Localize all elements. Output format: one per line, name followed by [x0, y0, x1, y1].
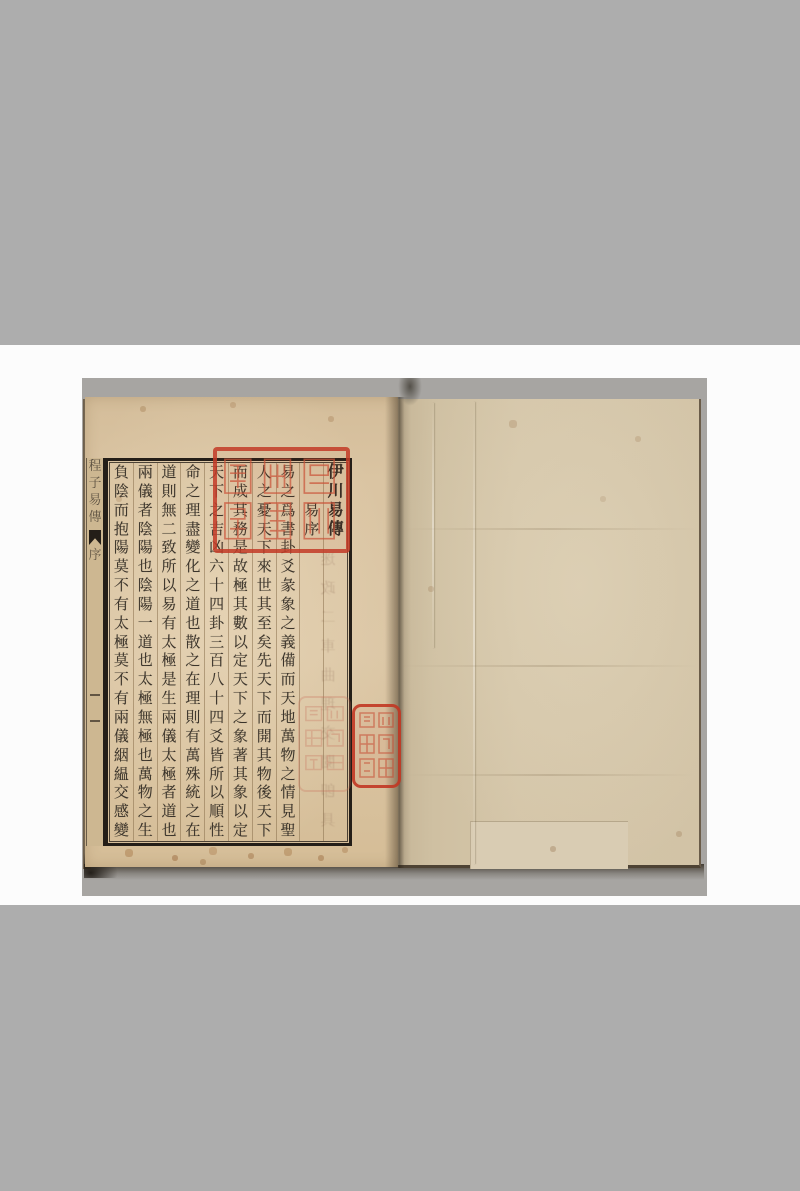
body-text-column: 命之理盡變化之道也散之在理則有萬殊統之在: [180, 463, 204, 841]
book-photograph: 程子易傳序 伊川易傳易序易之爲書卦爻彖象之義備而天地萬物之情見聖人之憂天下來世其…: [82, 378, 707, 896]
ghost-seal-showthrough: [298, 696, 351, 792]
banxin-section-char: 序: [87, 547, 103, 564]
right-page-crease: [402, 528, 697, 530]
right-page-vertical-crease: [473, 402, 475, 864]
book-gutter-shadow: [385, 397, 411, 868]
middle-collector-seal: [352, 704, 401, 788]
screenshot-stage: 程子易傳序 伊川易傳易序易之爲書卦爻彖象之義備而天地萬物之情見聖人之憂天下來世其…: [0, 0, 800, 1191]
seal-script-glyphs: [300, 698, 349, 790]
seal-script-glyphs: [217, 451, 346, 549]
right-page-crease: [404, 774, 694, 776]
top-collector-seal: [213, 447, 350, 553]
body-text-column: 負陰而抱陽莫不有太極莫不有兩儀絪緼交感變: [110, 463, 133, 841]
fishtail-mark: [89, 530, 101, 545]
ink-showthrough-column: 迷政二車曲理交閲卽具: [308, 548, 348, 838]
body-text-column: 道則無二致所以易有太極是生兩儀太極者道也: [157, 463, 181, 841]
gutter-top-smudge: [398, 378, 422, 406]
paper-patch: [470, 821, 628, 869]
seal-script-glyphs: [355, 707, 398, 785]
body-text-column: 兩儀者陰陽也陰陽一道也太極無極也萬物之生: [133, 463, 157, 841]
right-page-crease: [400, 665, 698, 667]
banxin-strip: 程子易傳序: [86, 458, 105, 846]
right-page-blank: [398, 399, 701, 868]
foxing-spots: [82, 378, 84, 380]
right-page-fold-crease: [432, 403, 434, 648]
